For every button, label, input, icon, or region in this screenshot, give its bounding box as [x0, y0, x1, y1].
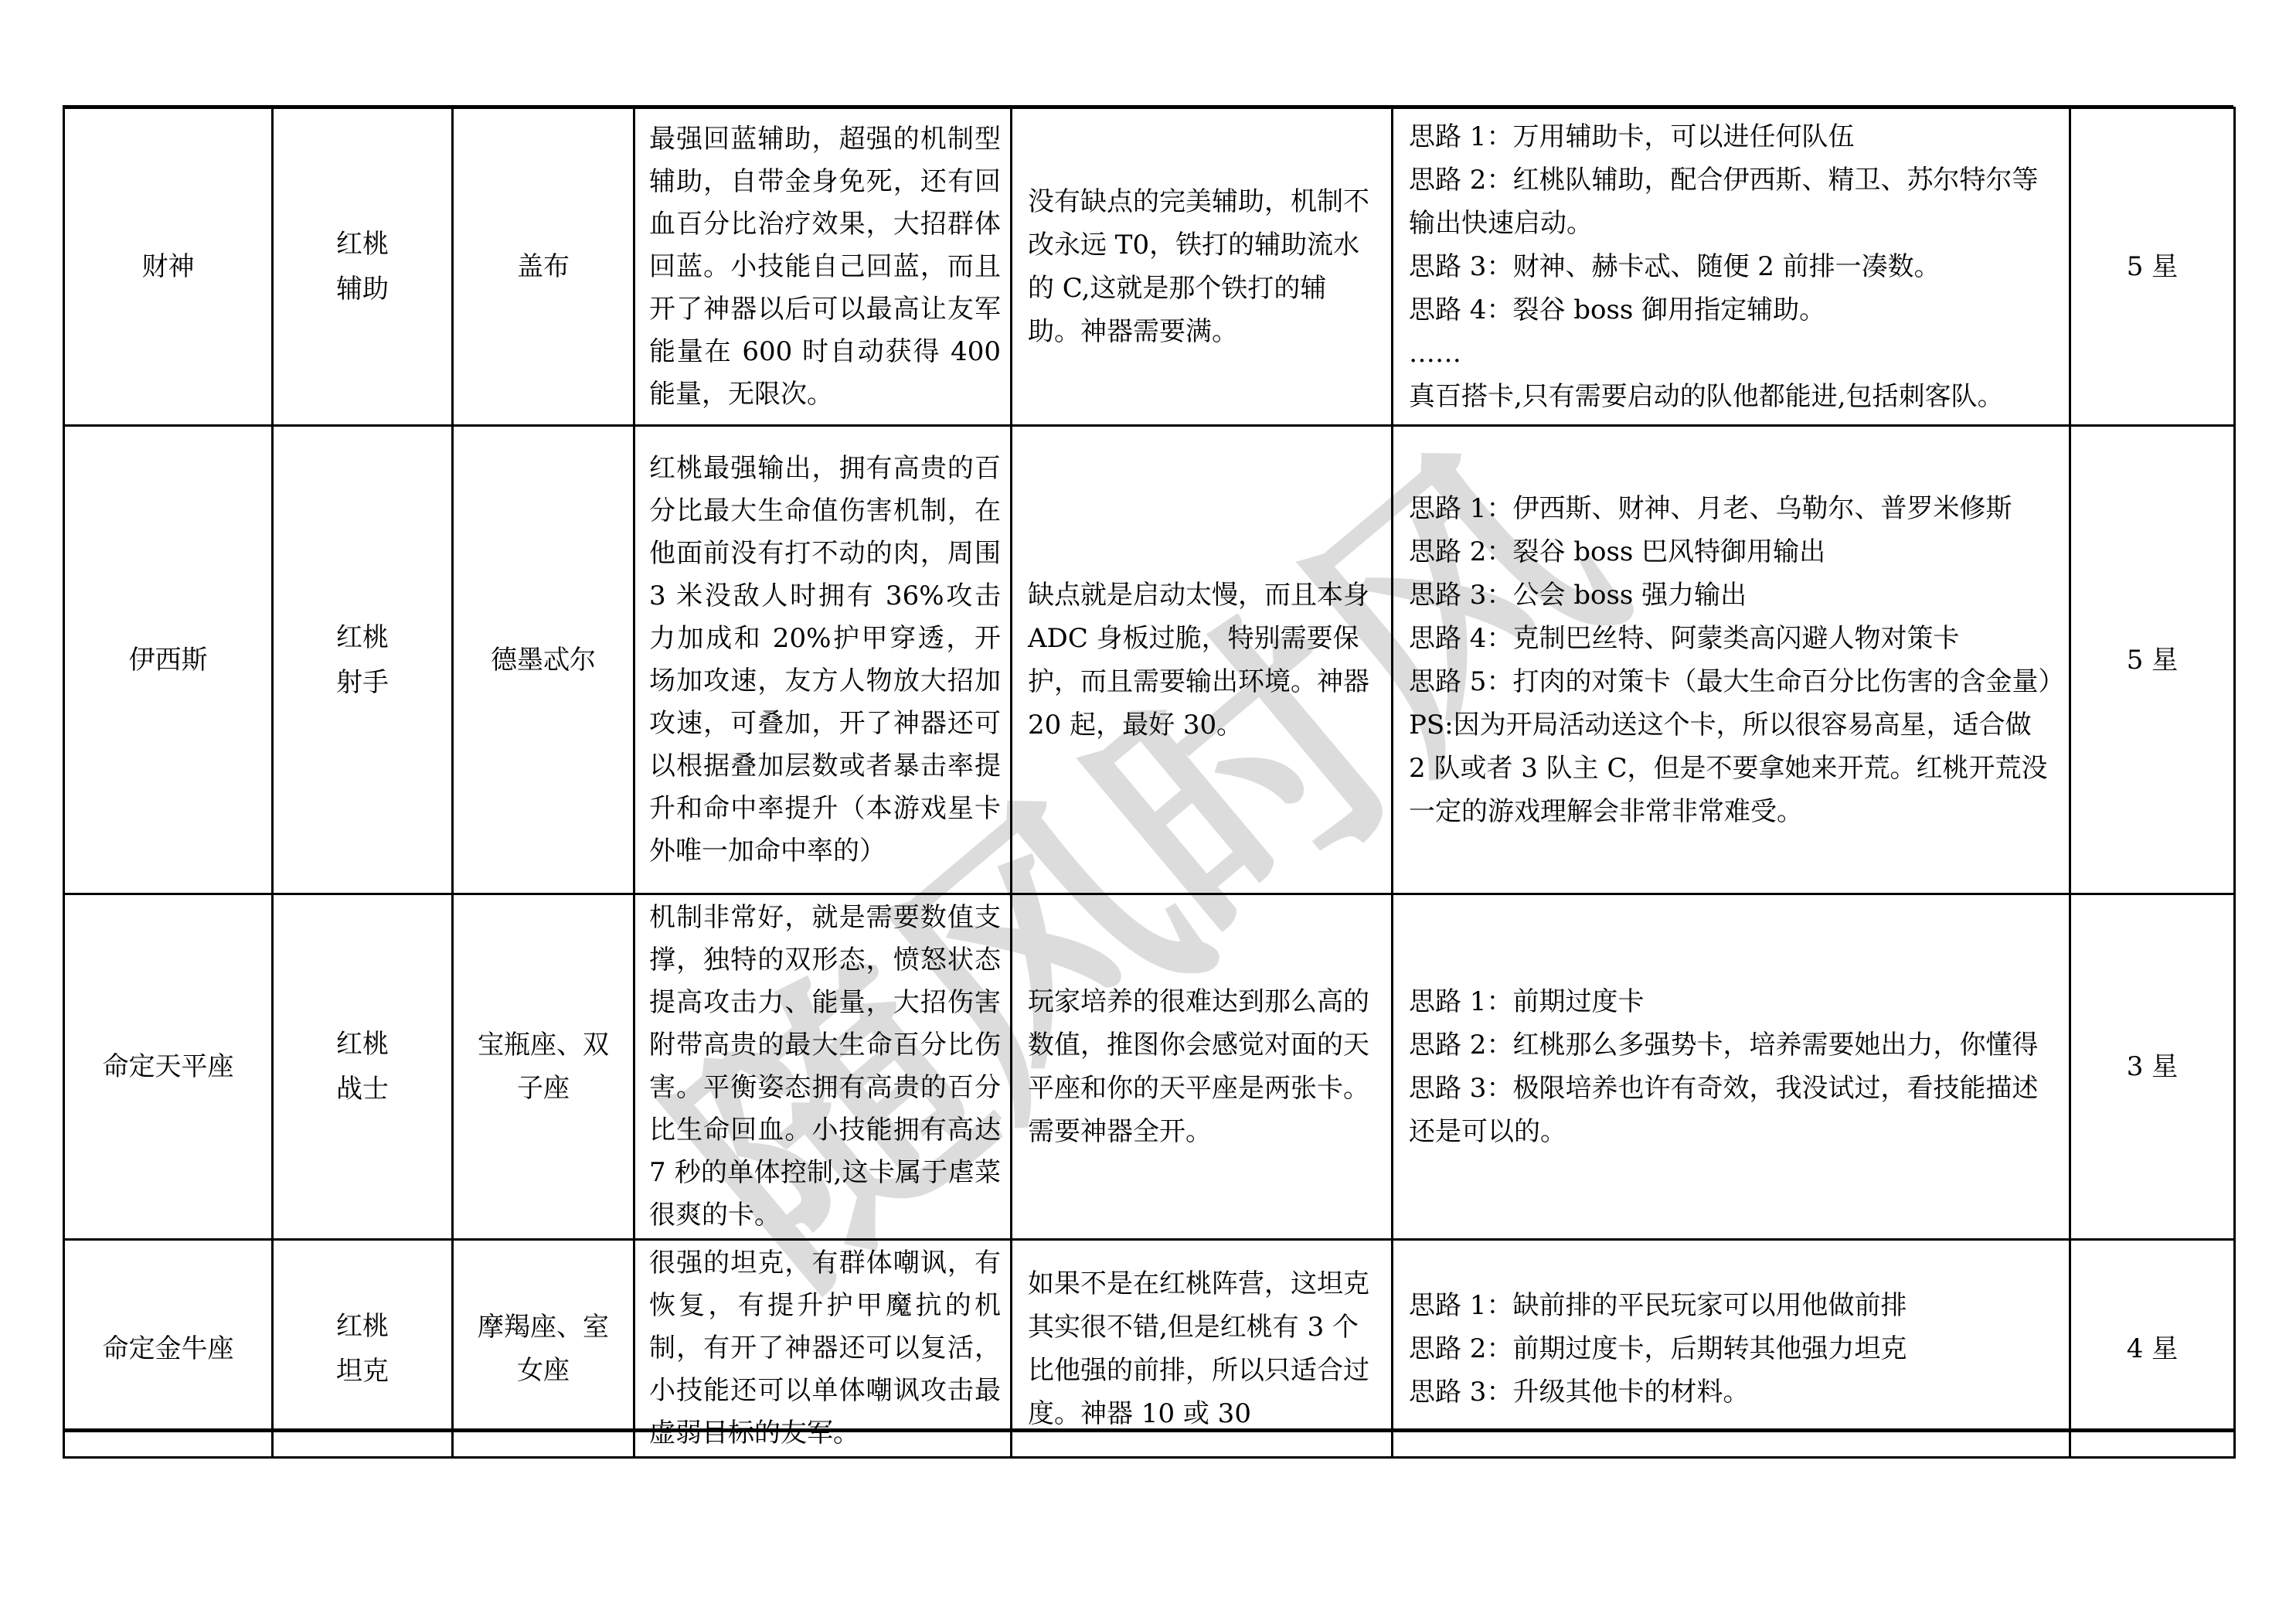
idea-line: 思路 3：公会 boss 强力输出 — [1409, 574, 2053, 617]
hero-pair: 盖布 — [453, 108, 634, 426]
camp-faction: 红桃 — [289, 222, 436, 267]
camp-faction: 红桃 — [289, 1022, 436, 1067]
hero-rating: 5 星 — [2070, 426, 2235, 894]
idea-line: 思路 1：前期过度卡 — [1409, 980, 2053, 1023]
camp-faction: 红桃 — [289, 1304, 436, 1349]
idea-line: 思路 5：打肉的对策卡（最大生命百分比伤害的含金量） — [1409, 660, 2053, 703]
hero-name: 命定天平座 — [64, 894, 273, 1240]
camp-role: 战士 — [289, 1067, 436, 1112]
idea-line: 思路 4：克制巴丝特、阿蒙类高闪避人物对策卡 — [1409, 617, 2053, 660]
hero-name: 伊西斯 — [64, 426, 273, 894]
hero-description: 机制非常好，就是需要数值支撑，独特的双形态，愤怒状态提高攻击力、能量，大招伤害附… — [634, 894, 1012, 1240]
table-row: 命定金牛座 红桃 坦克 摩羯座、室女座 很强的坦克，有群体嘲讽，有恢复，有提升护… — [64, 1240, 2235, 1458]
hero-pair: 宝瓶座、双子座 — [453, 894, 634, 1240]
idea-line: …… — [1409, 332, 2053, 375]
hero-rating: 3 星 — [2070, 894, 2235, 1240]
hero-camp: 红桃 射手 — [273, 426, 453, 894]
hero-pair: 德墨忒尔 — [453, 426, 634, 894]
table-top-border — [63, 105, 2233, 109]
hero-description: 红桃最强输出，拥有高贵的百分比最大生命值伤害机制，在他面前没有打不动的肉，周围 … — [634, 426, 1012, 894]
hero-table: 财神 红桃 辅助 盖布 最强回蓝辅助，超强的机制型辅助，自带金身免死，还有回血百… — [63, 107, 2236, 1459]
camp-role: 射手 — [289, 660, 436, 705]
idea-line: 思路 1：万用辅助卡，可以进任何队伍 — [1409, 115, 2053, 158]
hero-weakness: 缺点就是启动太慢，而且本身 ADC 身板过脆，特别需要保护，而且需要输出环境。神… — [1012, 426, 1393, 894]
hero-pair: 摩羯座、室女座 — [453, 1240, 634, 1458]
table-row: 财神 红桃 辅助 盖布 最强回蓝辅助，超强的机制型辅助，自带金身免死，还有回血百… — [64, 108, 2235, 426]
hero-weakness: 没有缺点的完美辅助，机制不改永远 T0，铁打的辅助流水的 C,这就是那个铁打的辅… — [1012, 108, 1393, 426]
hero-name: 财神 — [64, 108, 273, 426]
idea-line: 真百搭卡,只有需要启动的队他都能进,包括刺客队。 — [1409, 375, 2053, 418]
hero-camp: 红桃 战士 — [273, 894, 453, 1240]
hero-camp: 红桃 坦克 — [273, 1240, 453, 1458]
hero-rating: 5 星 — [2070, 108, 2235, 426]
hero-weakness: 如果不是在红桃阵营，这坦克其实很不错,但是红桃有 3 个比他强的前排，所以只适合… — [1012, 1240, 1393, 1458]
hero-ideas: 思路 1：缺前排的平民玩家可以用他做前排 思路 2：前期过度卡，后期转其他强力坦… — [1393, 1240, 2070, 1458]
idea-line: 思路 2：裂谷 boss 巴风特御用输出 — [1409, 530, 2053, 574]
hero-ideas: 思路 1：前期过度卡 思路 2：红桃那么多强势卡，培养需要她出力，你懂得 思路 … — [1393, 894, 2070, 1240]
idea-line: 思路 4：裂谷 boss 御用指定辅助。 — [1409, 288, 2053, 332]
idea-line: 思路 1：缺前排的平民玩家可以用他做前排 — [1409, 1284, 2053, 1327]
hero-ideas: 思路 1：伊西斯、财神、月老、乌勒尔、普罗米修斯 思路 2：裂谷 boss 巴风… — [1393, 426, 2070, 894]
idea-line: 思路 3：极限培养也许有奇效，我没试过，看技能描述还是可以的。 — [1409, 1067, 2053, 1153]
idea-line: PS:因为开局活动送这个卡，所以很容易高星，适合做 2 队或者 3 队主 C，但… — [1409, 703, 2053, 833]
hero-ideas: 思路 1：万用辅助卡，可以进任何队伍 思路 2：红桃队辅助，配合伊西斯、精卫、苏… — [1393, 108, 2070, 426]
idea-line: 思路 2：前期过度卡，后期转其他强力坦克 — [1409, 1327, 2053, 1370]
hero-camp: 红桃 辅助 — [273, 108, 453, 426]
idea-line: 思路 3：财神、赫卡忒、随便 2 前排一凑数。 — [1409, 245, 2053, 288]
camp-role: 辅助 — [289, 267, 436, 312]
idea-line: 思路 2：红桃那么多强势卡，培养需要她出力，你懂得 — [1409, 1023, 2053, 1067]
idea-line: 思路 2：红桃队辅助，配合伊西斯、精卫、苏尔特尔等输出快速启动。 — [1409, 158, 2053, 245]
hero-rating: 4 星 — [2070, 1240, 2235, 1458]
hero-name: 命定金牛座 — [64, 1240, 273, 1458]
idea-line: 思路 1：伊西斯、财神、月老、乌勒尔、普罗米修斯 — [1409, 487, 2053, 530]
idea-line: 思路 3：升级其他卡的材料。 — [1409, 1370, 2053, 1414]
hero-description: 很强的坦克，有群体嘲讽，有恢复，有提升护甲魔抗的机制，有开了神器还可以复活，小技… — [634, 1240, 1012, 1458]
table-row: 命定天平座 红桃 战士 宝瓶座、双子座 机制非常好，就是需要数值支撑，独特的双形… — [64, 894, 2235, 1240]
table-bottom-border — [63, 1428, 2233, 1432]
camp-faction: 红桃 — [289, 615, 436, 660]
camp-role: 坦克 — [289, 1349, 436, 1394]
table-row: 伊西斯 红桃 射手 德墨忒尔 红桃最强输出，拥有高贵的百分比最大生命值伤害机制，… — [64, 426, 2235, 894]
hero-weakness: 玩家培养的很难达到那么高的数值，推图你会感觉对面的天平座和你的天平座是两张卡。需… — [1012, 894, 1393, 1240]
hero-description: 最强回蓝辅助，超强的机制型辅助，自带金身免死，还有回血百分比治疗效果，大招群体回… — [634, 108, 1012, 426]
